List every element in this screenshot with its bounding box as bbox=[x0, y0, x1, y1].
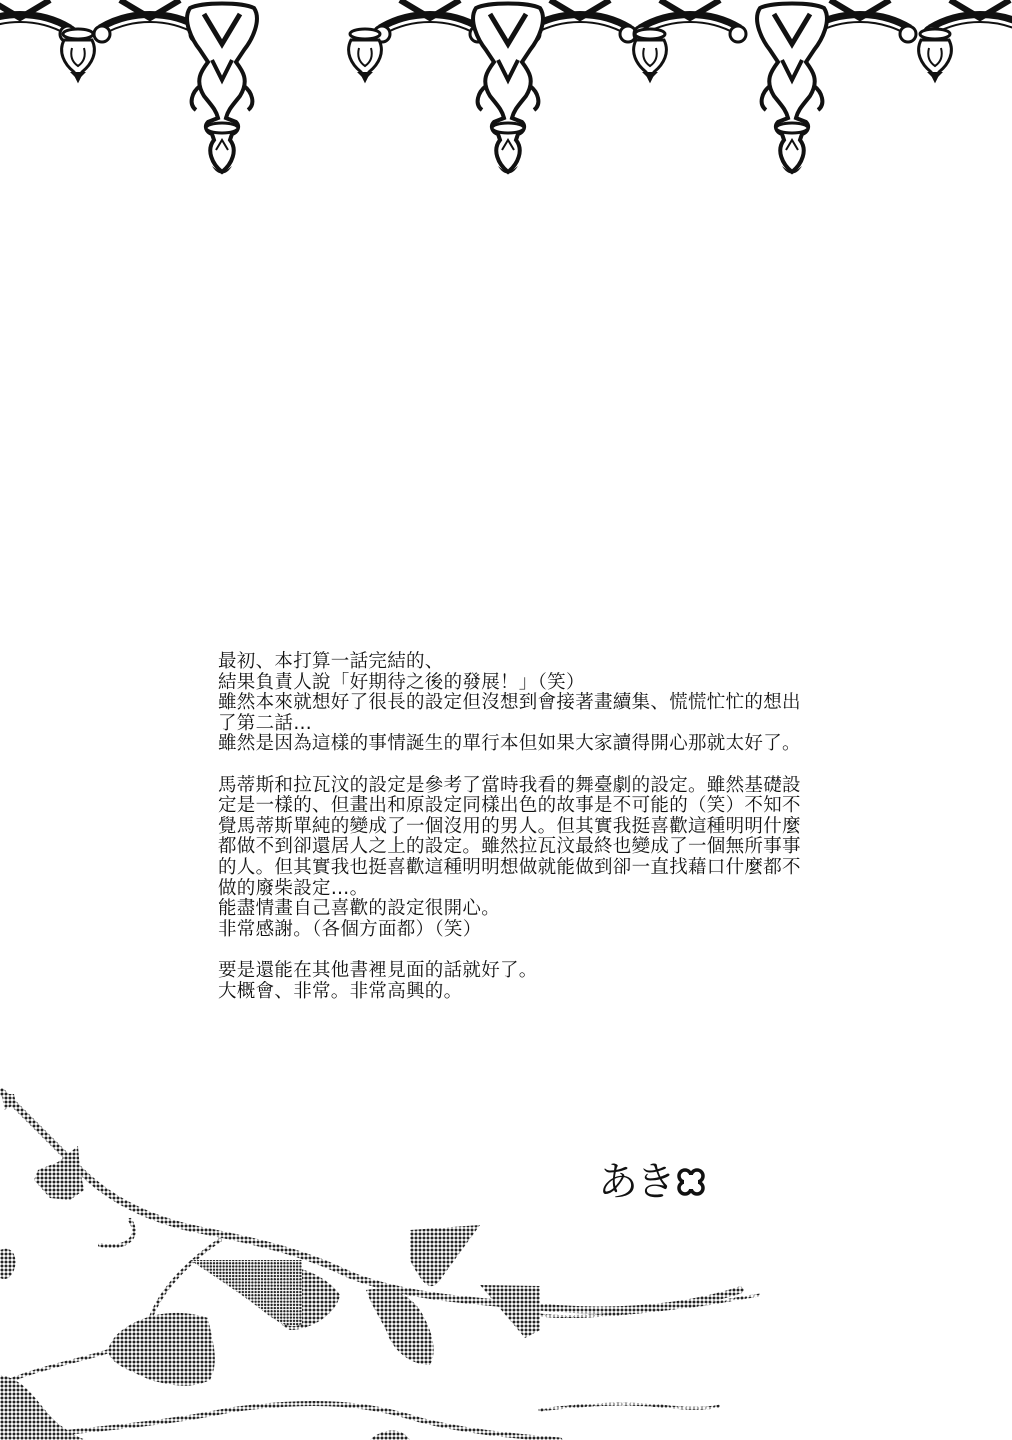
text-line: 雖然本來就想好了很長的設定但沒想到會接著畫續集、慌慌忙忙的想出 bbox=[218, 693, 938, 714]
afterword-paragraph-3: 要是還能在其他書裡見面的話就好了。 大概會、非常。非常高興的。 bbox=[218, 961, 938, 1002]
text-line: 雖然是因為這樣的事情誕生的單行本但如果大家讀得開心那就太好了。 bbox=[218, 734, 938, 755]
text-line: 最初、本打算一話完結的、 bbox=[218, 652, 938, 673]
text-line: 了第二話… bbox=[218, 714, 938, 735]
text-line: 馬蒂斯和拉瓦汶的設定是參考了當時我看的舞臺劇的設定。雖然基礎設 bbox=[218, 776, 938, 797]
halftone-vine-illustration bbox=[0, 1080, 760, 1440]
text-line: 的人。但其實我也挺喜歡這種明明想做就能做到卻一直找藉口什麼都不 bbox=[218, 858, 938, 879]
afterword-paragraph-2: 馬蒂斯和拉瓦汶的設定是參考了當時我看的舞臺劇的設定。雖然基礎設 定是一樣的、但畫… bbox=[218, 776, 938, 941]
text-line: 定是一樣的、但畫出和原設定同樣出色的故事是不可能的（笑）不知不 bbox=[218, 796, 938, 817]
afterword-paragraph-1: 最初、本打算一話完結的、 結果負責人說「好期待之後的發展！」（笑） 雖然本來就想… bbox=[218, 652, 938, 755]
text-line: 要是還能在其他書裡見面的話就好了。 bbox=[218, 961, 938, 982]
gothic-ornament-border bbox=[0, 0, 1012, 180]
text-line: 做的廢柴設定…。 bbox=[218, 879, 938, 900]
text-line: 都做不到卻還居人之上的設定。雖然拉瓦汶最終也變成了一個無所事事 bbox=[218, 837, 938, 858]
text-line: 非常感謝。（各個方面都）（笑） bbox=[218, 920, 938, 941]
afterword-text: 最初、本打算一話完結的、 結果負責人說「好期待之後的發展！」（笑） 雖然本來就想… bbox=[218, 652, 938, 1002]
text-line: 大概會、非常。非常高興的。 bbox=[218, 982, 938, 1003]
text-line: 結果負責人說「好期待之後的發展！」（笑） bbox=[218, 673, 938, 694]
text-line: 能盡情畫自己喜歡的設定很開心。 bbox=[218, 899, 938, 920]
text-line: 覺馬蒂斯單純的變成了一個沒用的男人。但其實我挺喜歡這種明明什麼 bbox=[218, 817, 938, 838]
